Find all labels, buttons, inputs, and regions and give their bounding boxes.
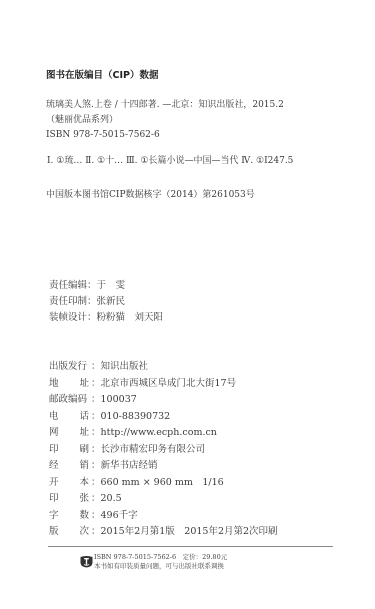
- pub-printer: 印刷：长沙市精宏印务有限公司: [49, 442, 205, 459]
- pub-value: 2015年2月第1版 2015年2月第2次印刷: [101, 526, 278, 537]
- pub-value: 660 mm × 960 mm 1/16: [101, 477, 224, 488]
- pub-website: 网址：http://www.ecph.com.cn: [49, 425, 217, 442]
- pub-value: 新华书店经销: [101, 460, 158, 471]
- pub-value: 496千字: [101, 510, 138, 521]
- credit-value: 张新民: [97, 296, 126, 307]
- pub-label: 印张: [49, 491, 89, 508]
- pub-value: 100037: [101, 394, 137, 405]
- pub-edition: 版次：2015年2月第1版 2015年2月第2次印刷: [49, 524, 278, 541]
- pub-format: 开本：660 mm × 960 mm 1/16: [49, 475, 224, 492]
- credit-label: 责任编辑：: [49, 280, 97, 291]
- publisher-logo-icon: [80, 555, 93, 568]
- cip-heading: 图书在版编目（CIP）数据: [46, 67, 158, 81]
- pub-label: 地址: [49, 376, 89, 393]
- pub-label: 字数: [49, 508, 89, 525]
- footer-divider: [48, 546, 333, 547]
- credit-printing: 责任印制：张新民: [49, 294, 125, 310]
- pub-label: 邮政编码: [49, 392, 89, 409]
- pub-value: 010-88390732: [101, 411, 171, 422]
- pub-label: 网址: [49, 425, 89, 442]
- pub-wordcount: 字数：496千字: [49, 508, 138, 525]
- pub-publisher: 出版发行：知识出版社: [49, 359, 148, 376]
- footer-text: ISBN 978-7-5015-7562-6 定价：29.80元 本书如有印装质…: [94, 553, 227, 570]
- pub-postcode: 邮政编码：100037: [49, 392, 137, 409]
- cip-verification-line: 中国版本图书馆CIP数据核字（2014）第261053号: [46, 189, 255, 202]
- pub-value: 北京市西城区阜成门北大街17号: [101, 378, 237, 389]
- pub-value: 长沙市精宏印务有限公司: [101, 444, 206, 455]
- pub-label: 电话: [49, 409, 89, 426]
- footer-notice: 本书如有印装质量问题，可与出版社联系调换: [94, 562, 227, 571]
- credit-label: 装帧设计：: [49, 312, 97, 323]
- pub-label: 版次: [49, 524, 89, 541]
- footer-isbn-price: ISBN 978-7-5015-7562-6 定价：29.80元: [94, 553, 227, 562]
- cip-series-line: （魅丽优品系列）: [46, 114, 118, 127]
- pub-value: 20.5: [101, 493, 122, 504]
- pub-label: 经销: [49, 458, 89, 475]
- pub-label: 出版发行: [49, 359, 89, 376]
- credit-design: 装帧设计：粉粉猫 刘天阳: [49, 310, 163, 326]
- pub-value: http://www.ecph.com.cn: [101, 427, 217, 438]
- pub-value: 知识出版社: [101, 361, 149, 372]
- credit-editor: 责任编辑：于 雯: [49, 278, 125, 294]
- pub-label: 印刷: [49, 442, 89, 459]
- pub-label: 开本: [49, 475, 89, 492]
- pub-sheets: 印张：20.5: [49, 491, 122, 508]
- pub-address: 地址：北京市西城区阜成门北大街17号: [49, 376, 236, 393]
- pub-phone: 电话：010-88390732: [49, 409, 170, 426]
- pub-distributor: 经销：新华书店经销: [49, 458, 158, 475]
- cip-title-line: 琉璃美人煞.上卷 / 十四郎著. —北京：知识出版社，2015.2: [46, 99, 284, 112]
- cip-isbn-line: ISBN 978-7-5015-7562-6: [46, 129, 160, 142]
- cip-classification-line: Ⅰ. ①琉… Ⅱ. ①十… Ⅲ. ①长篇小说—中国—当代 Ⅳ. ①I247.5: [47, 155, 293, 168]
- credit-label: 责任印制：: [49, 296, 97, 307]
- credit-value: 粉粉猫 刘天阳: [97, 312, 164, 323]
- credit-value: 于 雯: [97, 280, 126, 291]
